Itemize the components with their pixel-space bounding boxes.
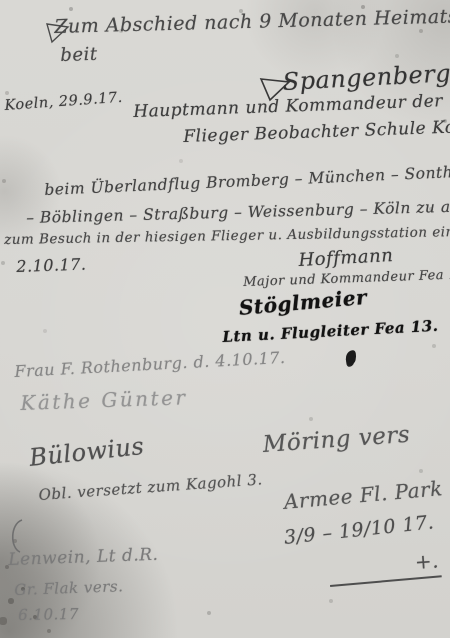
- signature-spangenberg: Spangenberg: [282, 59, 450, 96]
- scanned-album-page: Zum Abschied nach 9 Monaten Heimatsar- b…: [0, 0, 450, 638]
- cross-mark: +.: [414, 548, 440, 574]
- underline-stroke: [330, 575, 442, 587]
- signature-buelowius: Bülowius: [28, 432, 146, 472]
- moering-dates: 3/9 – 19/10 17.: [283, 511, 435, 549]
- signature-lenwein: Lenwein, Lt d.R.: [8, 545, 159, 570]
- spangenberg-role-2: Flieger Beobachter Schule Koeln: [183, 117, 450, 147]
- signature-flugleiter: Stöglmeier: [238, 285, 368, 320]
- ink-blot: [345, 349, 358, 366]
- spangenberg-role-1: Hauptmann und Kommandeur der: [133, 91, 443, 122]
- place-date-koeln: Koeln, 29.9.17.: [4, 90, 123, 114]
- signature-moering: Möring vers: [262, 422, 411, 458]
- buelowius-note: Obl. versetzt zum Kagohl 3.: [38, 470, 263, 504]
- moering-note: Armee Fl. Park: [283, 476, 444, 514]
- lenwein-note: Gr. Flak vers.: [14, 577, 124, 599]
- flight-route-line-1: beim Überlandflug Bromberg – München – S…: [44, 159, 450, 199]
- flight-date: 2.10.17.: [16, 255, 87, 276]
- paper-speckles: [0, 0, 2, 2]
- dedication-line-1: Zum Abschied nach 9 Monaten Heimatsar-: [54, 5, 450, 38]
- flugleiter-role: Ltn u. Flugleiter Fea 13.: [222, 317, 439, 346]
- entry-kaethe-guenter: Käthe Günter: [20, 385, 188, 415]
- dedication-line-2: beit: [60, 44, 98, 66]
- signature-major: Hoffmann: [298, 245, 394, 271]
- lenwein-date: 6.10.17: [18, 605, 79, 624]
- flight-route-line-3: zum Besuch in der hiesigen Flieger u. Au…: [4, 223, 450, 248]
- flight-route-line-2: – Böblingen – Straßburg – Weissenburg – …: [26, 195, 450, 227]
- entry-frau-rothenburg: Frau F. Rothenburg. d. 4.10.17.: [14, 348, 286, 381]
